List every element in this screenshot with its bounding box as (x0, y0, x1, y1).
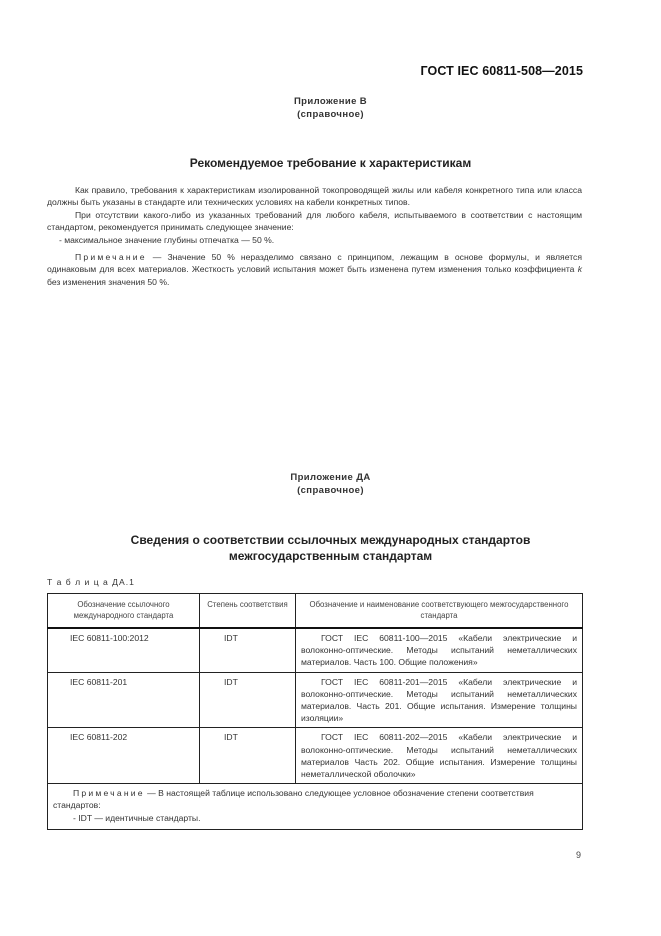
annex-b-list-item: - максимальное значение глубины отпечатк… (47, 234, 582, 246)
annex-b-title: Рекомендуемое требование к характеристик… (0, 155, 661, 171)
annex-da-label: Приложение ДА (0, 471, 661, 484)
table-row: IEC 60811-100:2012 IDT ГОСТ IEC 60811-10… (48, 628, 583, 672)
note-label: Примечание (75, 252, 147, 262)
note-text-end: без изменения значения 50 %. (47, 277, 169, 287)
annex-da-heading: Приложение ДА (справочное) (0, 471, 661, 497)
header-interstate: Обозначение и наименование соответствующ… (296, 594, 583, 629)
annex-da-title: Сведения о соответствии ссылочных междун… (0, 532, 661, 564)
table-note: Примечание — В настоящей таблице использ… (48, 784, 583, 830)
cell-international: IEC 60811-100:2012 (48, 628, 200, 672)
header-international: Обозначение ссылочного международного ст… (48, 594, 200, 629)
annex-b-label: Приложение В (0, 95, 661, 108)
annex-b-paragraph: При отсутствии какого-либо из указанных … (47, 209, 582, 234)
cell-degree: IDT (200, 628, 296, 672)
annex-da-type: (справочное) (0, 484, 661, 497)
cell-interstate: ГОСТ IEC 60811-202—2015 «Кабели электрич… (296, 728, 583, 784)
annex-b-body: Как правило, требования к характеристика… (47, 184, 582, 288)
table-note-paragraph: Примечание — В настоящей таблице использ… (53, 787, 577, 811)
cell-interstate: ГОСТ IEC 60811-100—2015 «Кабели электрич… (296, 628, 583, 672)
page-number: 9 (576, 850, 581, 860)
cell-degree: IDT (200, 672, 296, 728)
cell-international: IEC 60811-201 (48, 672, 200, 728)
cell-international: IEC 60811-202 (48, 728, 200, 784)
annex-da-title-line2: межгосударственным стандартам (0, 548, 661, 564)
table-row: IEC 60811-202 IDT ГОСТ IEC 60811-202—201… (48, 728, 583, 784)
table-caption: Т а б л и ц а ДА.1 (47, 577, 135, 587)
cell-interstate: ГОСТ IEC 60811-201—2015 «Кабели электрич… (296, 672, 583, 728)
table-header-row: Обозначение ссылочного международного ст… (48, 594, 583, 629)
cell-degree: IDT (200, 728, 296, 784)
header-degree: Степень соответствия (200, 594, 296, 629)
annex-b-type: (справочное) (0, 108, 661, 121)
annex-b-paragraph: Как правило, требования к характеристика… (47, 184, 582, 209)
cell-interstate-text: ГОСТ IEC 60811-201—2015 «Кабели электрич… (301, 676, 577, 725)
note-variable: k (578, 264, 582, 274)
table-row: IEC 60811-201 IDT ГОСТ IEC 60811-201—201… (48, 672, 583, 728)
table-note-item: - IDT — идентичные стандарты. (53, 812, 577, 824)
reference-standards-table: Обозначение ссылочного международного ст… (47, 593, 583, 830)
cell-interstate-text: ГОСТ IEC 60811-100—2015 «Кабели электрич… (301, 632, 577, 669)
cell-interstate-text: ГОСТ IEC 60811-202—2015 «Кабели электрич… (301, 731, 577, 780)
table-note-label: Примечание (73, 788, 145, 798)
annex-b-heading: Приложение В (справочное) (0, 95, 661, 121)
annex-da-title-line1: Сведения о соответствии ссылочных междун… (0, 532, 661, 548)
table-note-row: Примечание — В настоящей таблице использ… (48, 784, 583, 830)
standard-code-header: ГОСТ IEC 60811-508—2015 (421, 64, 583, 78)
annex-b-note: Примечание — Значение 50 % неразделимо с… (47, 251, 582, 288)
